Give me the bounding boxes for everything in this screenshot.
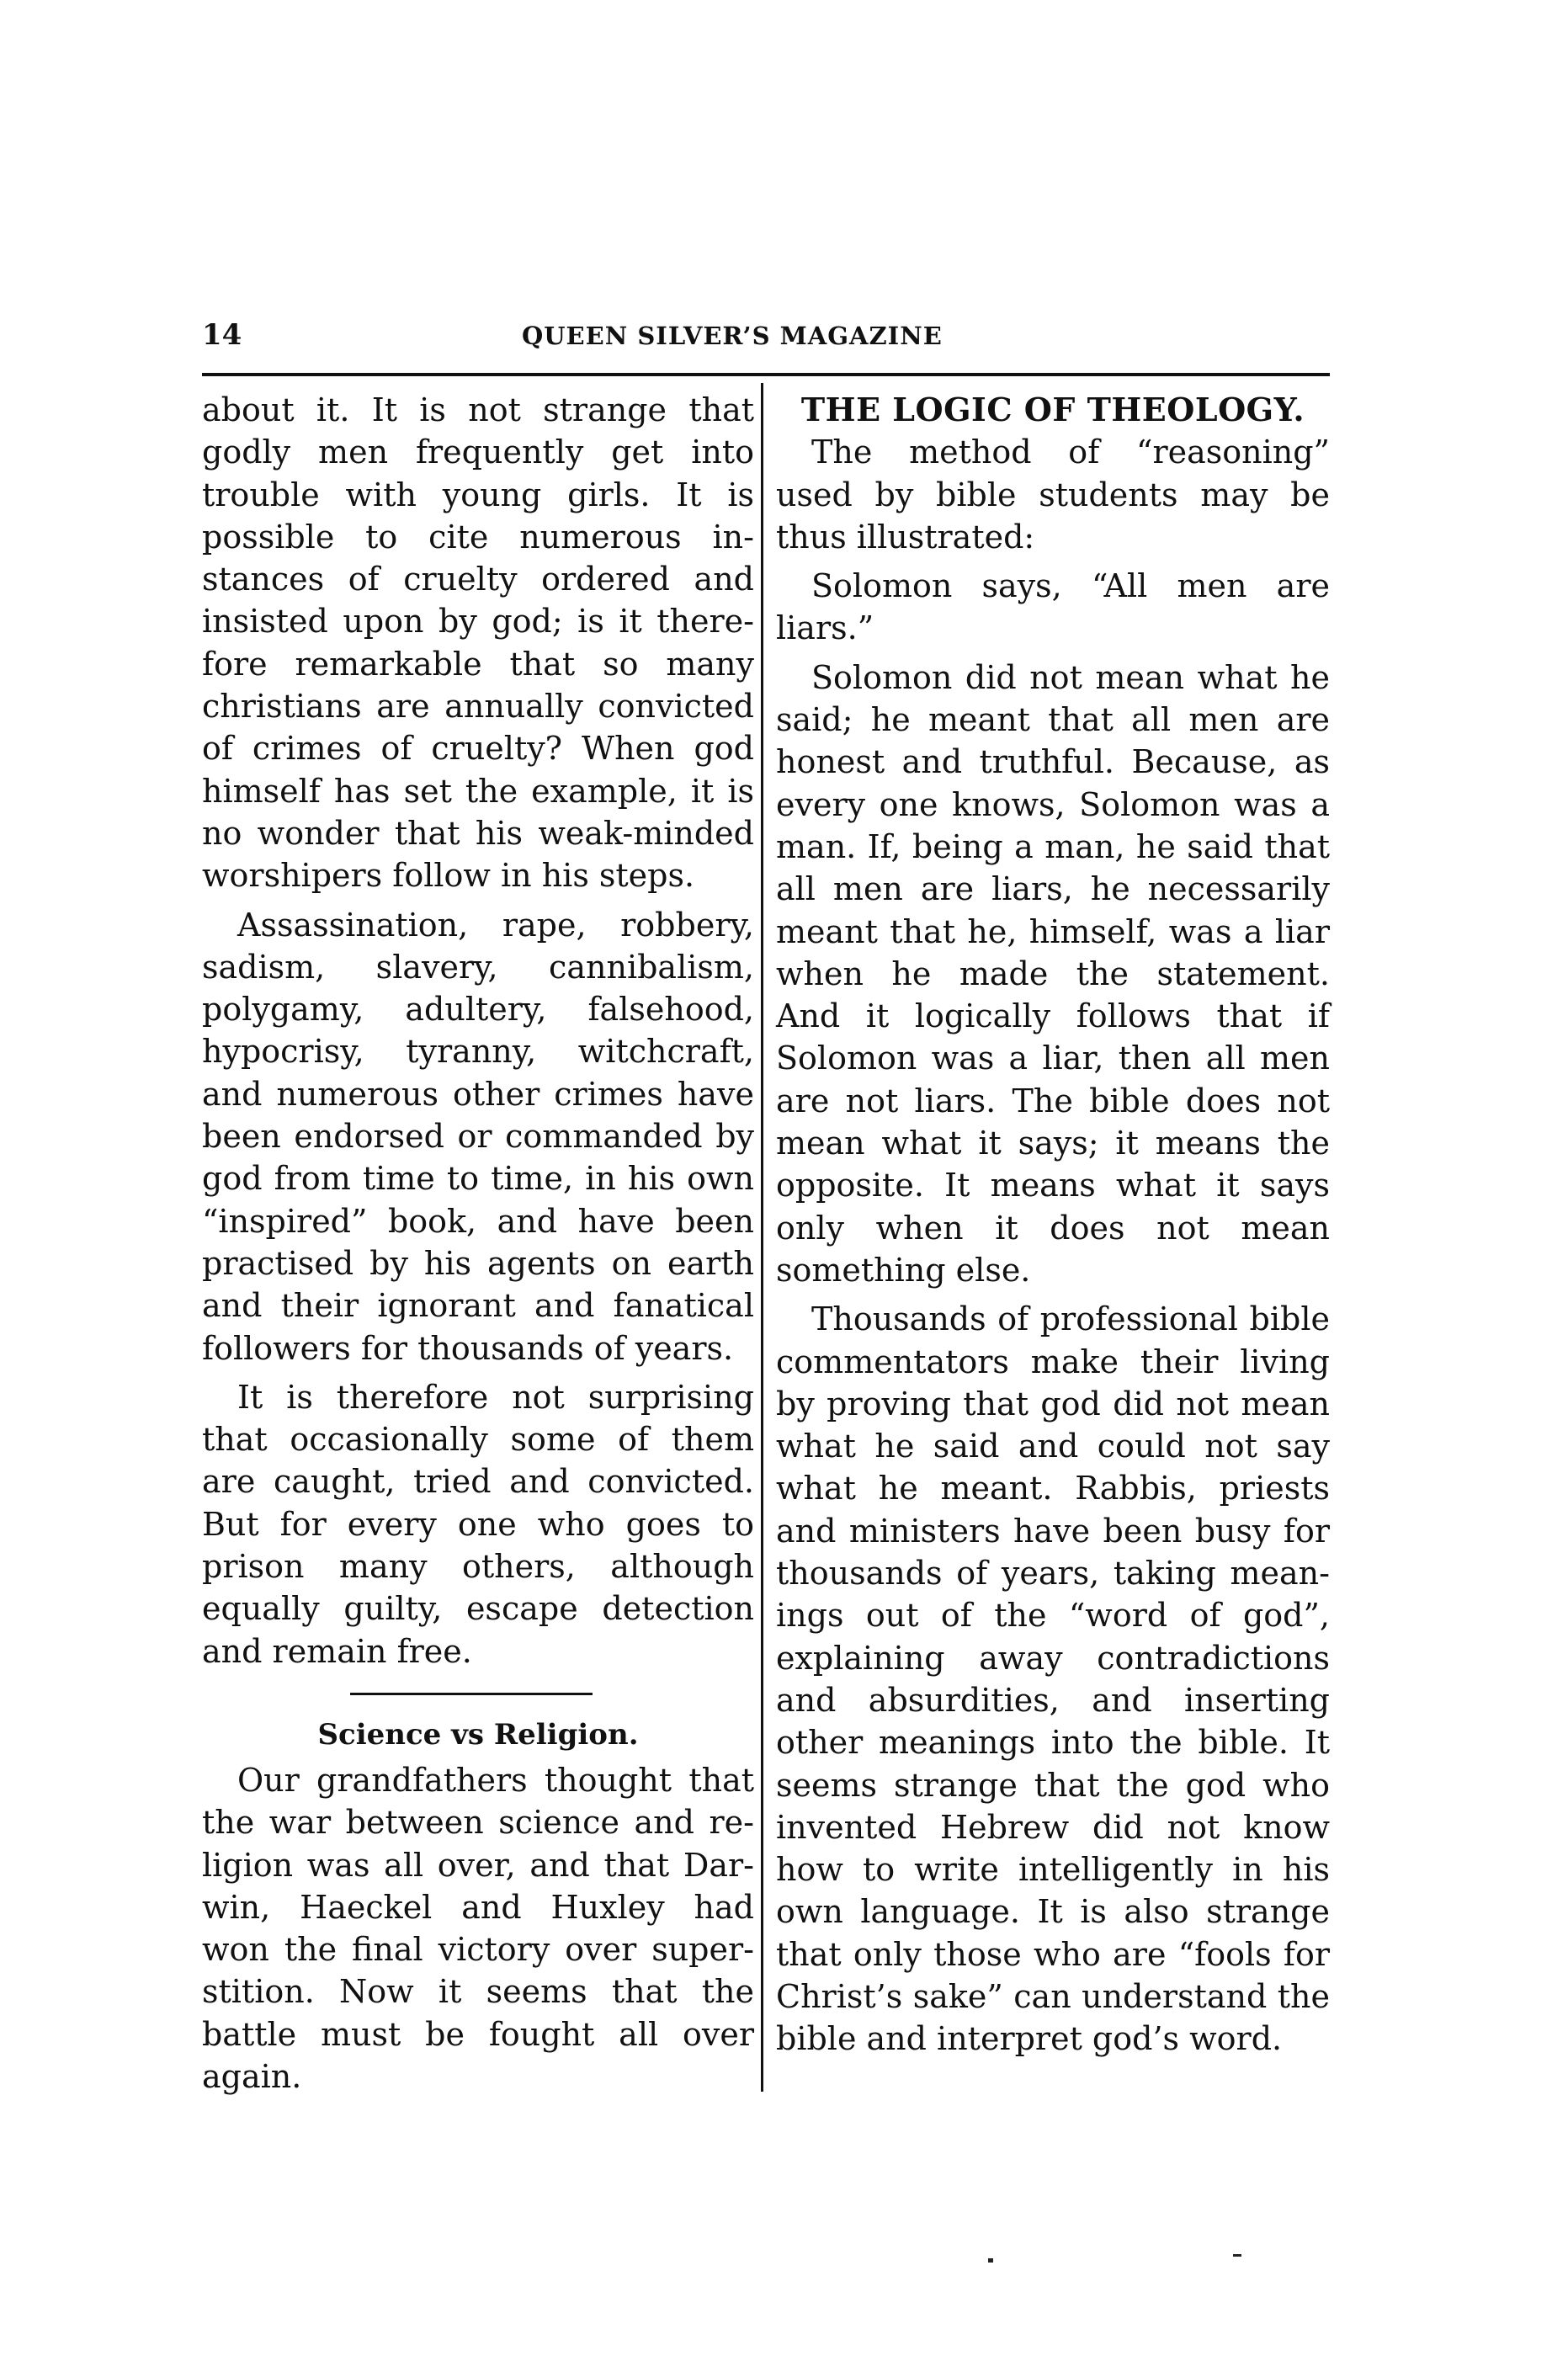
paragraph: Assassination, rape, robbery, sadism, sl… [202, 904, 754, 1369]
scan-speck [988, 2258, 993, 2263]
page-number: 14 [202, 318, 242, 352]
paragraph: about it. It is not strange that godly m… [202, 389, 754, 897]
paragraph: Thousands of professional bible commenta… [776, 1298, 1330, 2060]
paragraph: The method of “reasoning” used by bible … [776, 431, 1330, 558]
right-column: THE LOGIC OF THEOLOGY. The method of “re… [776, 389, 1330, 2061]
running-title: QUEEN SILVER’S MAGAZINE [522, 322, 943, 350]
section-divider [350, 1693, 593, 1695]
header-rule [202, 373, 1330, 376]
column-divider [761, 383, 763, 2092]
article-title: THE LOGIC OF THEOLOGY. [776, 389, 1330, 431]
section-heading: Science vs Religion. [202, 1714, 754, 1756]
paragraph: Solomon says, “All men are liars.” [776, 565, 1330, 650]
paragraph: Solomon did not mean what he said; he me… [776, 657, 1330, 1291]
paragraph: Our grandfathers thought that the war be… [202, 1759, 754, 2098]
paragraph: It is therefore not surprising that occa… [202, 1376, 754, 1672]
scan-speck [1233, 2254, 1241, 2257]
left-column: about it. It is not strange that godly m… [202, 389, 754, 2098]
